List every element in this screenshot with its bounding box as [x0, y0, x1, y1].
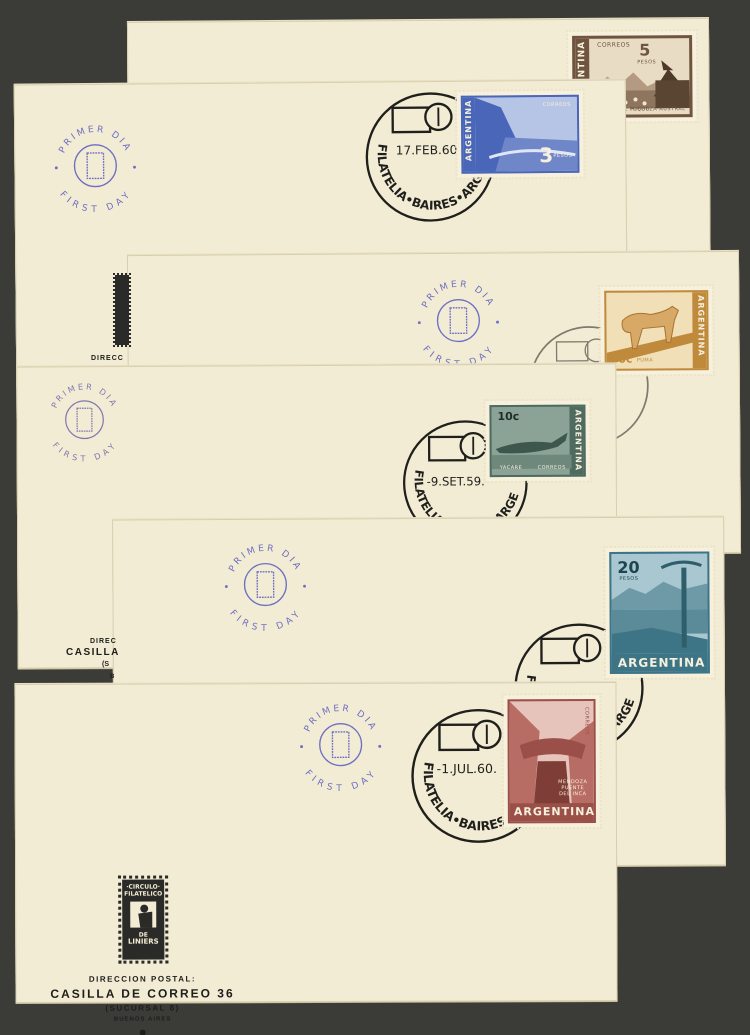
- svg-text:PRIMER DIA: PRIMER DIA: [303, 704, 379, 734]
- return-address: DIRECCION POSTAL: CASILLA DE CORREO 36 (…: [0, 974, 293, 1035]
- first-day-cachet: PRIMER DIA FIRST DAY: [408, 267, 509, 368]
- stamp-caption-right: RIQUEZA AUSTRAL: [631, 106, 685, 112]
- circulo-filatelico-logo: ·CIRCULO· FILATELICO DE LINIERS: [122, 880, 164, 960]
- stamp-header: CORREOS: [597, 42, 630, 49]
- svg-text:FIRST DAY: FIRST DAY: [57, 189, 134, 213]
- stamp-3-pesos: ARGENTINA CORREOS 3 PESOS: [457, 91, 584, 178]
- svg-text:17.FEB.60.: 17.FEB.60.: [396, 143, 461, 158]
- cover-6: PRIMER DIA FIRST DAY -1.JUL.60. FILATELI…: [14, 682, 617, 1003]
- first-day-cachet: PRIMER DIA FIRST DAY: [215, 532, 316, 633]
- svg-text:PRIMER DIA: PRIMER DIA: [420, 279, 496, 309]
- stamp-header: CORREOS: [538, 465, 566, 471]
- stamp-denomination: 10c: [497, 410, 519, 423]
- cover-2-partial-logo: [115, 275, 129, 345]
- stamp-denomination: 5: [639, 40, 650, 59]
- stamp-unit: PESOS: [553, 153, 572, 159]
- first-day-cachet: PRIMER DIA FIRST DAY: [39, 372, 129, 462]
- dot-icon: [140, 1030, 146, 1035]
- svg-text:FIRST DAY: FIRST DAY: [227, 608, 304, 632]
- stamp-50c-puma: ARGENTINA 50c PUMA: [600, 286, 713, 375]
- address-line-2: (SUCURSAL 8): [0, 1003, 293, 1013]
- first-day-cachet: PRIMER DIA FIRST DAY: [290, 692, 390, 792]
- stamp-denomination: 3: [539, 143, 553, 167]
- stamp-caption: PUMA: [637, 357, 653, 363]
- stamp-country: ARGENTINA: [573, 410, 582, 471]
- stamp-20-pesos: 20 PESOS ARGENTINA: [605, 547, 714, 678]
- svg-text:-9.SET.59.: -9.SET.59.: [427, 474, 485, 488]
- stamp-country: ARGENTINA: [696, 295, 705, 356]
- stamp-caption: YACARE: [500, 465, 523, 471]
- collector-figure-icon: [128, 900, 158, 930]
- stamp-header: CORREOS: [584, 707, 590, 735]
- stamp-country: ARGENTINA: [464, 100, 474, 161]
- stamp-unit: PESOS: [619, 576, 638, 582]
- cover-4-partial-address: DIREC CASILLA (S B: [66, 638, 120, 680]
- stamp-10c-yacare: ARGENTINA 10c YACARE CORREOS: [485, 401, 589, 482]
- stamp-mendoza: CORREOS MENDOZA PUENTE DEL INCA ARGENTIN…: [503, 695, 599, 827]
- svg-text:FIRST DAY: FIRST DAY: [303, 768, 380, 792]
- svg-text:-1.JUL.60.: -1.JUL.60.: [437, 761, 497, 776]
- mountain-road-illustration: [475, 97, 580, 172]
- stamp-country: ARGENTINA: [618, 655, 706, 669]
- cover-2-partial-address: DIRECC: [91, 355, 124, 362]
- svg-text:PRIMER DIA: PRIMER DIA: [57, 125, 133, 156]
- first-day-cachet: PRIMER DIA FIRST DAY: [45, 113, 146, 214]
- address-line-1: CASILLA DE CORREO 36: [0, 986, 293, 1001]
- stamp-header: CORREOS: [543, 102, 571, 108]
- svg-text:FIRST DAY: FIRST DAY: [51, 440, 119, 463]
- stamp-denomination: 20: [617, 558, 639, 577]
- svg-text:PRIMER DIA: PRIMER DIA: [228, 543, 304, 573]
- svg-text:PRIMER DIA: PRIMER DIA: [49, 381, 120, 410]
- yacare-illustration: [491, 419, 571, 469]
- stamp-caption: MENDOZA PUENTE DEL INCA: [558, 779, 588, 797]
- stamp-country: ARGENTINA: [514, 805, 595, 818]
- address-label: DIRECCION POSTAL:: [0, 974, 292, 984]
- address-line-3: BUENOS AIRES: [0, 1016, 293, 1023]
